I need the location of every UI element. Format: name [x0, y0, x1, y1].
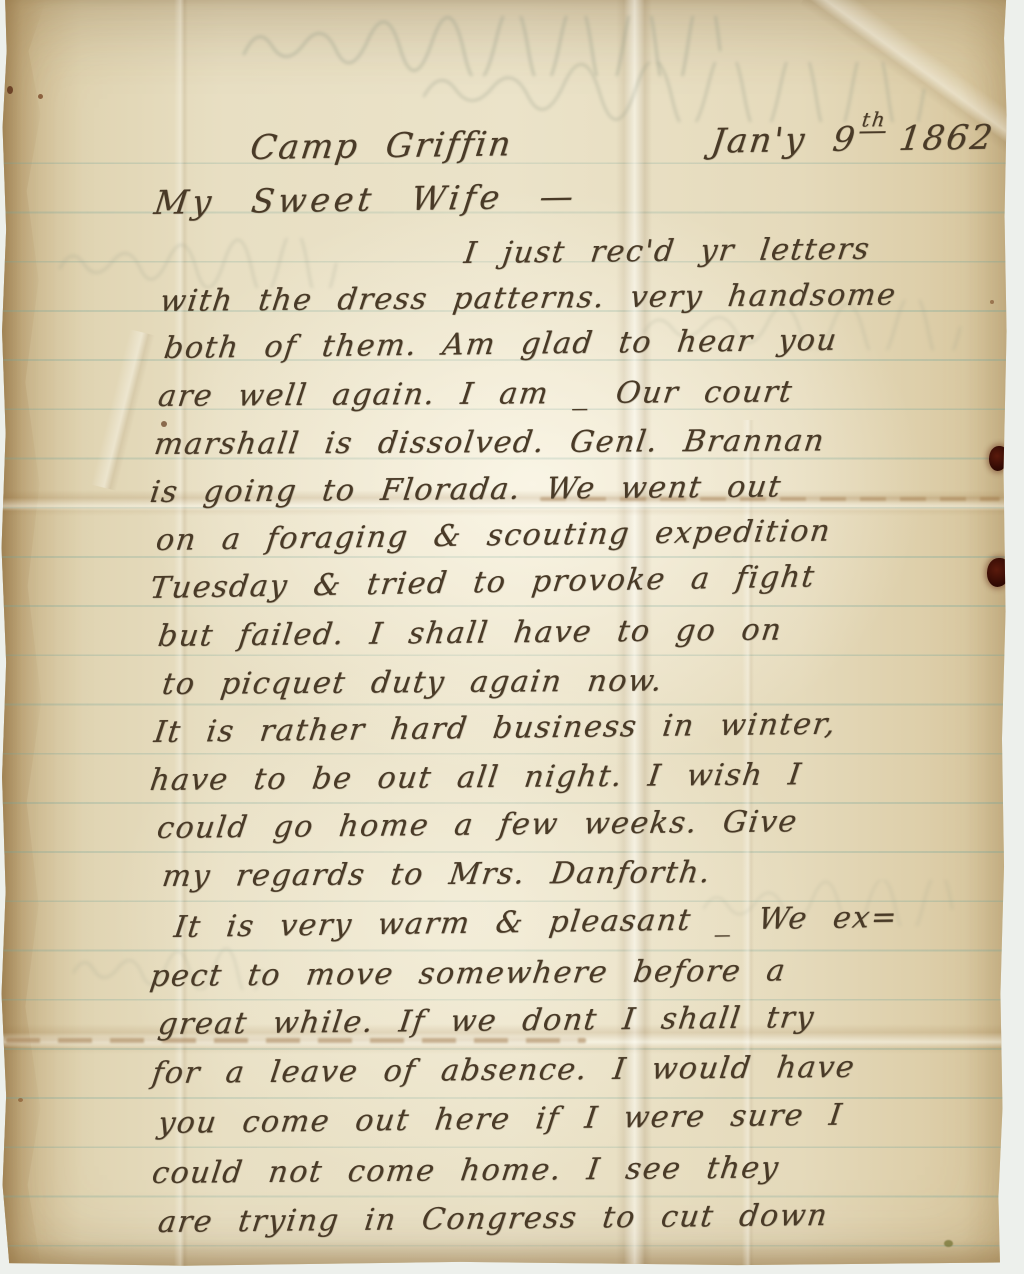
letter-salutation: My Sweet Wife —	[152, 176, 579, 222]
letter-line: to picquet duty again now.	[160, 664, 665, 702]
letter-line: but failed. I shall have to go on	[156, 612, 785, 654]
letter-line: with the dress patterns. very handsome	[158, 278, 899, 319]
paper-speck	[990, 300, 994, 304]
paper-speck	[7, 86, 13, 94]
paper-speck	[38, 94, 43, 99]
heading-place: Camp Griffin	[248, 124, 515, 168]
heading-date-ordinal: th	[859, 108, 889, 133]
heading-year: 1862	[897, 118, 997, 159]
letter-scan: Camp Griffin Jan'y 9th 1862 My Sweet Wif…	[0, 0, 1024, 1274]
letter-line: are well again. I am _ Our court	[156, 375, 795, 414]
letter-line: are trying in Congress to cut down	[156, 1198, 830, 1240]
letter-line: for a leave of absence. I would have	[150, 1050, 858, 1091]
bleedthrough-writing	[56, 238, 356, 288]
letter-line: I just rec'd yr letters	[462, 232, 873, 271]
letter-line: marshall is dissolved. Genl. Brannan	[152, 423, 827, 462]
letter-line: great while. If we dont I shall try	[156, 1000, 817, 1042]
letter-line: pect to move somewhere before a	[148, 953, 788, 994]
letter-line: have to be out all night. I wish I	[148, 757, 804, 798]
paper-speck	[18, 1098, 23, 1102]
letter-line: is going to Florada. We went out	[148, 469, 784, 510]
letter-line: my regards to Mrs. Danforth.	[160, 855, 713, 894]
letter-paper-sheet: Camp Griffin Jan'y 9th 1862 My Sweet Wif…	[0, 0, 1024, 1274]
wax-seal-spot-lower	[987, 558, 1010, 587]
heading-date-day: Jan'y 9th	[709, 119, 888, 161]
paper-speck	[944, 1240, 953, 1247]
wax-seal-spot-upper	[989, 446, 1008, 471]
letter-line: could go home a few weeks. Give	[155, 804, 800, 846]
letter-line: could not come home. I see they	[150, 1151, 782, 1191]
heading-date: Jan'y 9th 1862	[709, 118, 997, 162]
